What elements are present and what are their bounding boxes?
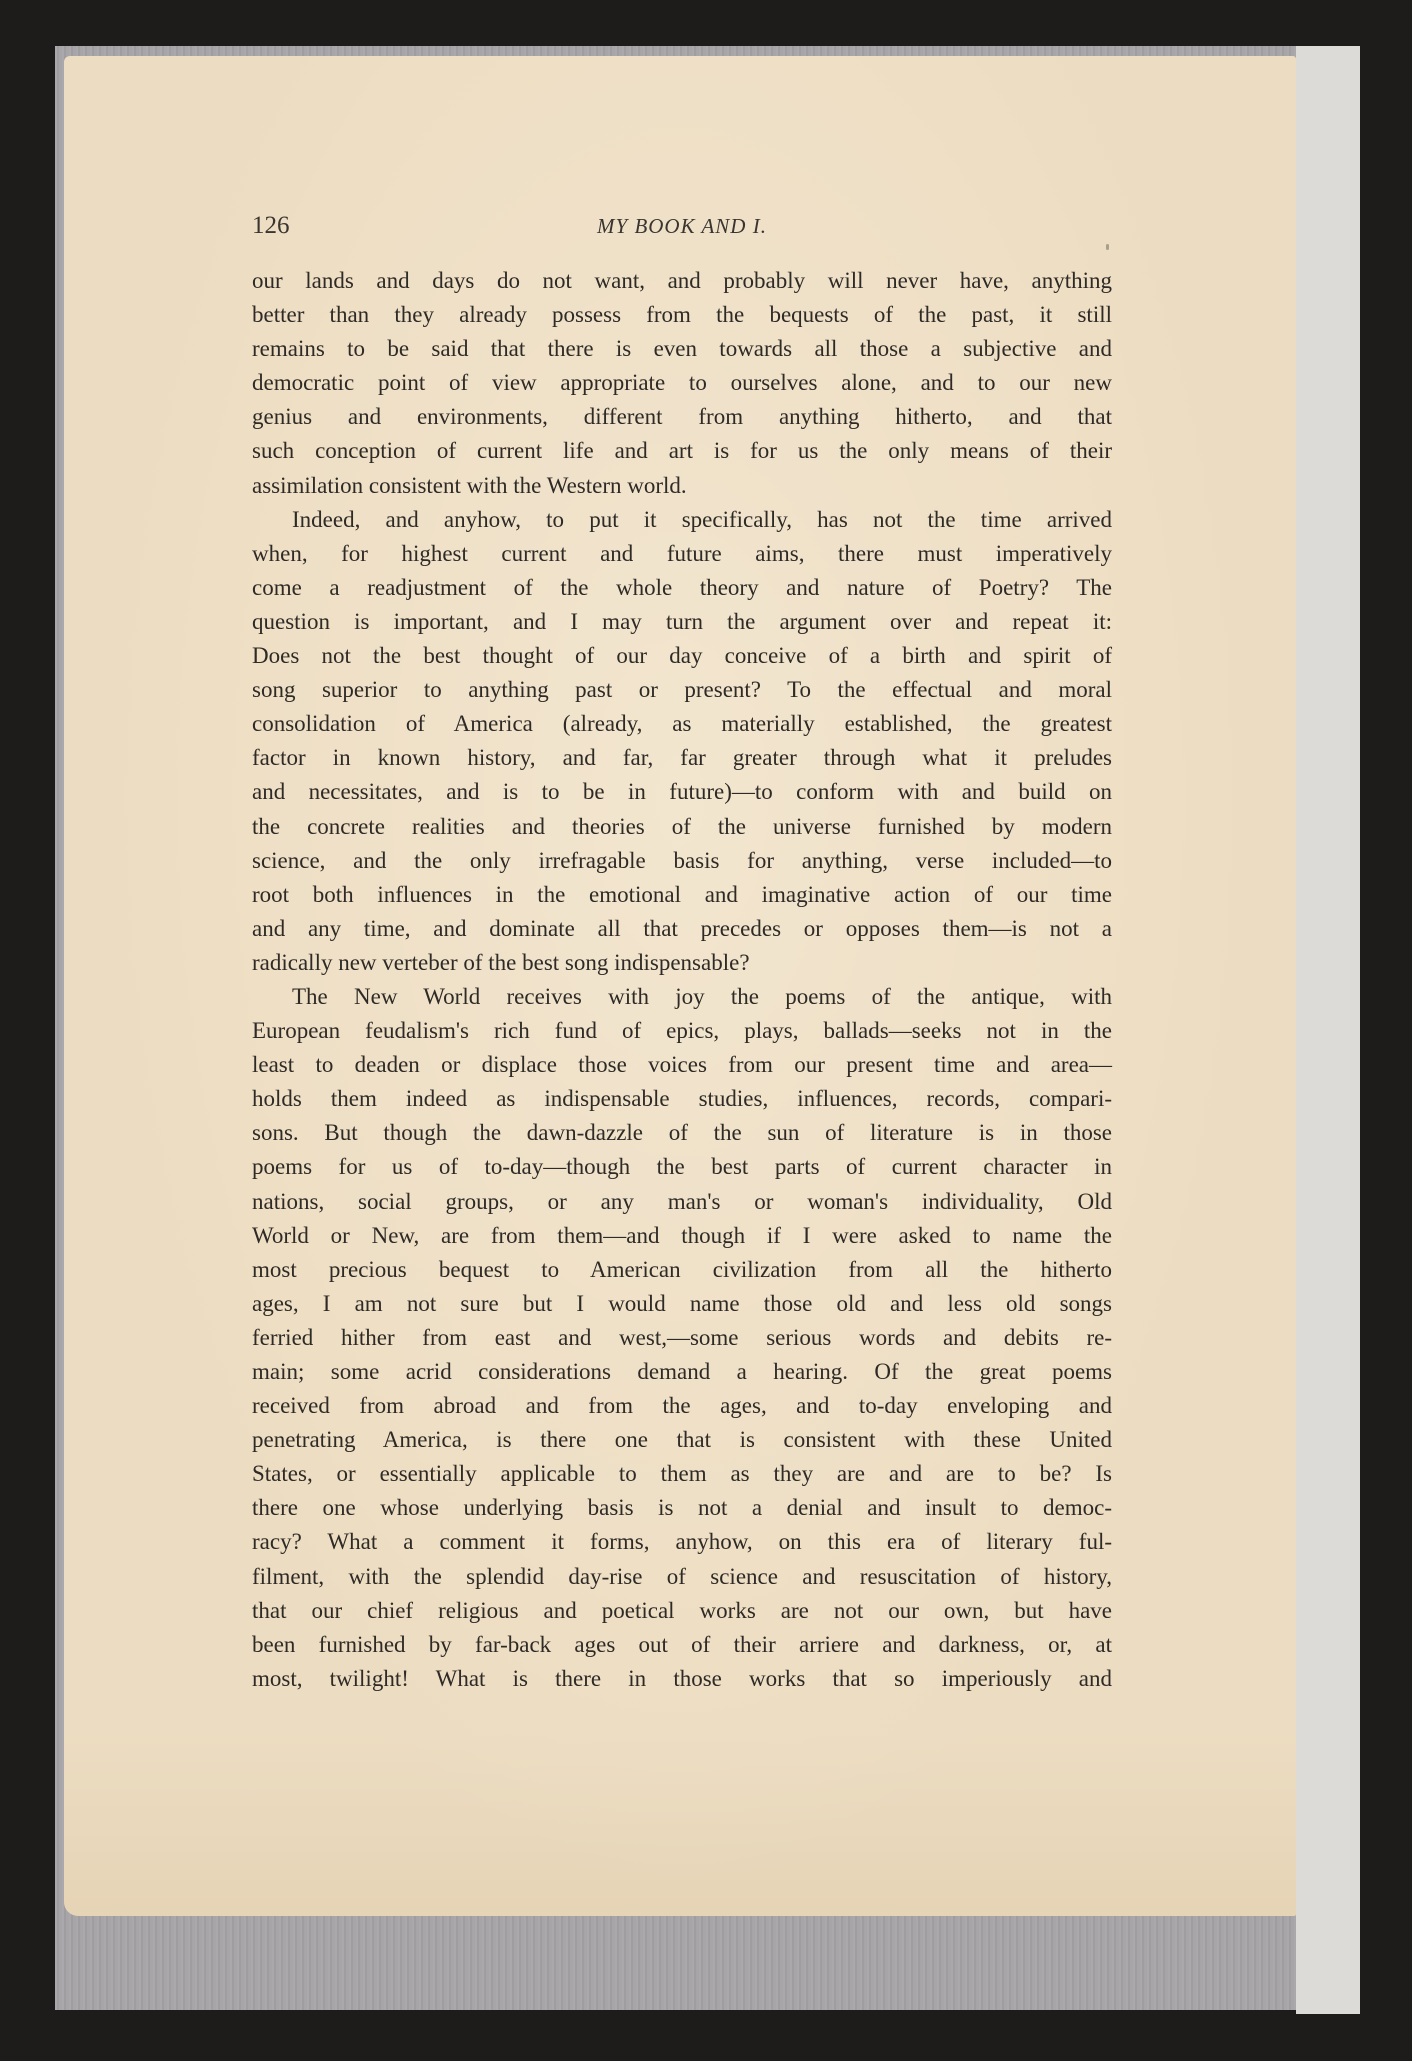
text-line: Does not the best thought of our day con… — [252, 639, 1112, 673]
text-line: there one whose underlying basis is not … — [252, 1491, 1112, 1525]
text-line: poems for us of to-day—though the best p… — [252, 1150, 1112, 1184]
text-line: received from abroad and from the ages, … — [252, 1389, 1112, 1423]
text-line: such conception of current life and art … — [252, 434, 1112, 468]
text-line: consolidation of America (already, as ma… — [252, 707, 1112, 741]
text-line: and any time, and dominate all that prec… — [252, 912, 1112, 946]
text-line: our lands and days do not want, and prob… — [252, 264, 1112, 298]
text-line: filment, with the splendid day-rise of s… — [252, 1560, 1112, 1594]
text-line: genius and environments, different from … — [252, 400, 1112, 434]
text-line: question is important, and I may turn th… — [252, 605, 1112, 639]
text-line: European feudalism's rich fund of epics,… — [252, 1014, 1112, 1048]
text-line: and necessitates, and is to be in future… — [252, 775, 1112, 809]
text-line: factor in known history, and far, far gr… — [252, 741, 1112, 775]
paragraph-end-line: assimilation consistent with the Western… — [252, 469, 1112, 503]
text-line: root both influences in the emotional an… — [252, 878, 1112, 912]
text-line: come a readjustment of the whole theory … — [252, 571, 1112, 605]
text-line: racy? What a comment it forms, anyhow, o… — [252, 1525, 1112, 1559]
text-line: been furnished by far-back ages out of t… — [252, 1628, 1112, 1662]
text-line: science, and the only irrefragable basis… — [252, 844, 1112, 878]
text-line: ferried hither from east and west,—some … — [252, 1321, 1112, 1355]
paragraph-start-line: The New World receives with joy the poem… — [252, 980, 1112, 1014]
text-line: when, for highest current and future aim… — [252, 537, 1112, 571]
text-line: remains to be said that there is even to… — [252, 332, 1112, 366]
text-line: most, twilight! What is there in those w… — [252, 1662, 1112, 1696]
right-paper-strip — [1296, 46, 1360, 2014]
text-line: States, or essentially applicable to the… — [252, 1457, 1112, 1491]
text-line: democratic point of view appropriate to … — [252, 366, 1112, 400]
text-line: main; some acrid considerations demand a… — [252, 1355, 1112, 1389]
paragraph-end-line: radically new verteber of the best song … — [252, 946, 1112, 980]
text-line: most precious bequest to American civili… — [252, 1253, 1112, 1287]
running-title: MY BOOK AND I. — [252, 208, 1112, 244]
paragraph-start-line: Indeed, and anyhow, to put it specifical… — [252, 503, 1112, 537]
text-line: ages, I am not sure but I would name tho… — [252, 1287, 1112, 1321]
text-line: sons. But though the dawn-dazzle of the … — [252, 1116, 1112, 1150]
body-text: our lands and days do not want, and prob… — [252, 264, 1112, 1696]
text-line: better than they already possess from th… — [252, 298, 1112, 332]
text-line: song superior to anything past or presen… — [252, 673, 1112, 707]
page-header: 126 MY BOOK AND I. — [252, 208, 1112, 244]
text-line: penetrating America, is there one that i… — [252, 1423, 1112, 1457]
text-line: the concrete realities and theories of t… — [252, 810, 1112, 844]
text-line: World or New, are from them—and though i… — [252, 1219, 1112, 1253]
text-line: nations, social groups, or any man's or … — [252, 1185, 1112, 1219]
ink-speck — [1106, 244, 1109, 250]
text-line: least to deaden or displace those voices… — [252, 1048, 1112, 1082]
text-line: that our chief religious and poetical wo… — [252, 1594, 1112, 1628]
text-line: holds them indeed as indispensable studi… — [252, 1082, 1112, 1116]
